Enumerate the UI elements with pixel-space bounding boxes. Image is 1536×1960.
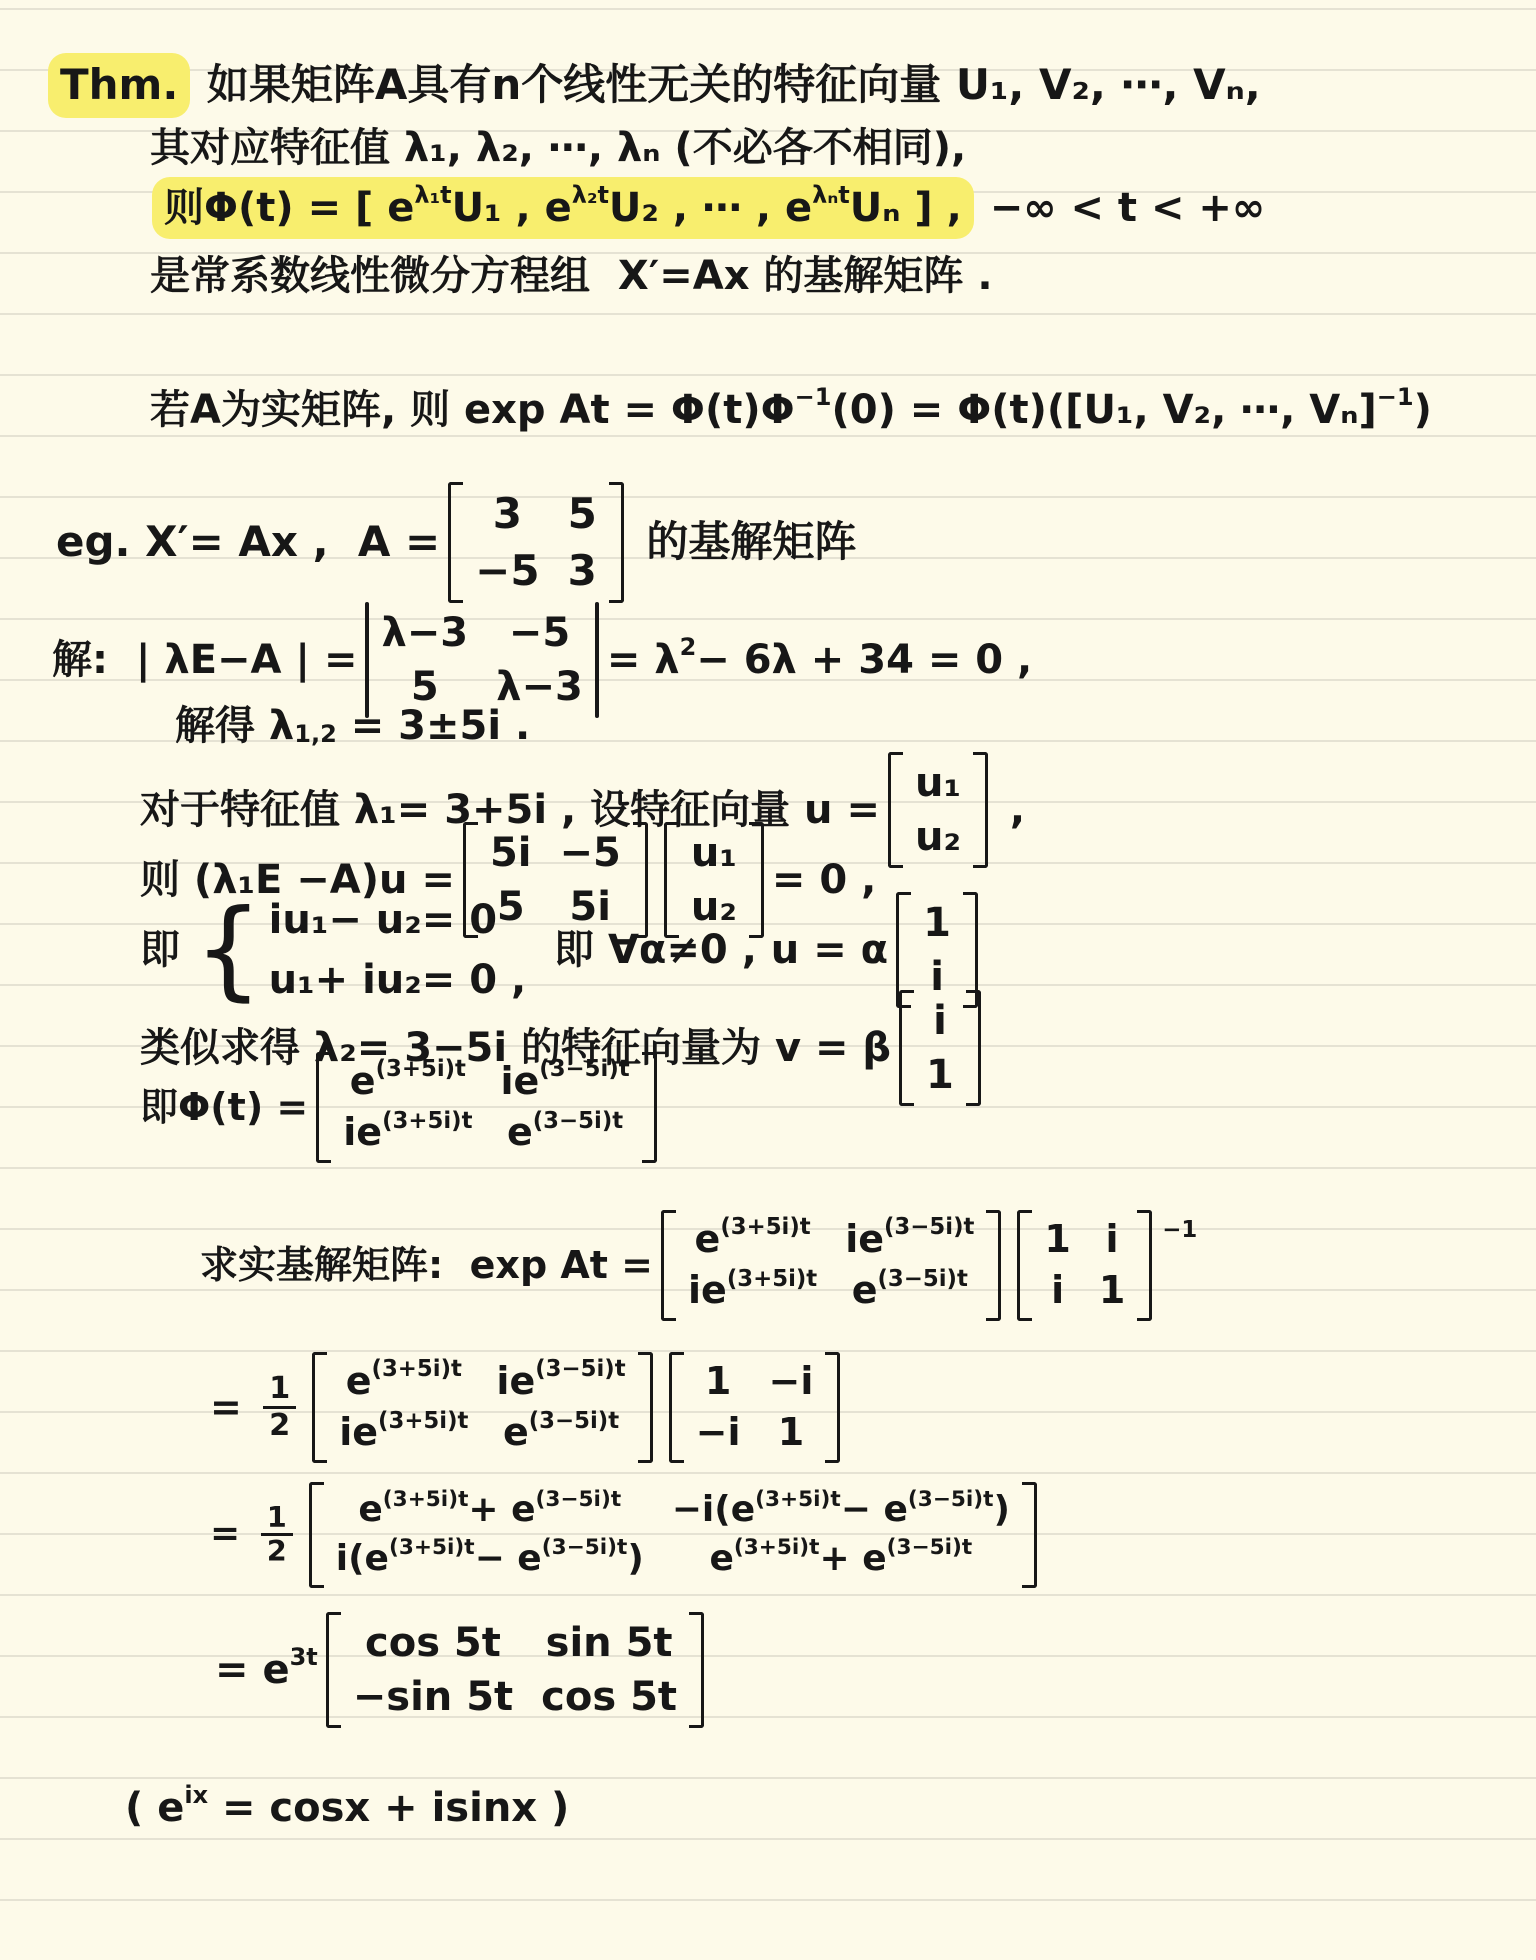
text-run: e [503,1408,529,1457]
fraction: 12 [261,1502,293,1568]
matrix-grid: e(3+5i)tie(3−5i)tie(3+5i)te(3−5i)t [327,1352,637,1463]
matrix-bracket-right [825,1352,840,1463]
matrix-cell: ie(3−5i)t [845,1215,974,1264]
text-run: e [346,1357,372,1406]
text-run: ie [343,1108,382,1157]
matrix-cell: ie(3−5i)t [496,1357,625,1406]
matrix-bracket-right [609,482,624,603]
superscript: (3−5i)t [878,1265,968,1295]
superscript: (3+5i)t [378,1407,468,1437]
superscript: (3−5i)t [536,1486,622,1514]
superscript: (3−5i)t [529,1407,619,1437]
matrix: i1 [899,990,981,1106]
note-line: 若A为实矩阵, 则 exp At = Φ(t)Φ−1(0) = Φ(t)([U₁… [150,384,1432,436]
text-run: −5 [475,544,539,599]
superscript: (3−5i)t [887,1534,973,1562]
matrix-cell: λ−3 [381,607,468,659]
matrix: cos 5tsin 5t−sin 5tcos 5t [326,1612,704,1728]
text-run: 3 [493,487,522,542]
text-run: , [996,784,1025,836]
matrix-cell: 1 [768,1408,813,1457]
text-run: −i [768,1357,813,1406]
text-run: 1 [926,1049,954,1101]
text-run: i [1051,1266,1064,1315]
matrix-bracket-left [312,1352,327,1463]
matrix-cell: 1 [923,897,951,949]
text-run: 1 [1099,1266,1125,1315]
matrix-cell: e(3+5i)t [343,1057,472,1106]
note-line: ( eix = cosx + isinx ) [125,1782,569,1834]
note-line: Thm. 如果矩阵A具有n个线性无关的特征向量 U₁, V₂, ⋯, Vₙ, [46,58,1261,113]
determinant-bar-right [595,602,599,718]
text-run: −5 [509,607,570,659]
matrix: e(3+5i)tie(3−5i)tie(3+5i)te(3−5i)t [316,1052,656,1163]
matrix-bracket-right [966,990,981,1106]
text-run: ie [845,1215,884,1264]
text-run: iu₁− u₂= 0 [269,894,497,946]
text-run: (0) = Φ(t)([U₁, V₂, ⋯, Vₙ] [831,384,1376,436]
text-run: cos 5t [365,1617,501,1669]
text-run: − e [841,1487,908,1534]
text-run: ie [339,1408,378,1457]
text-run: + e [468,1487,535,1534]
text-run: = e [215,1644,290,1696]
text-run: = λ [607,634,680,686]
matrix-cell: u₁ [915,757,961,809]
matrix-cell: −sin 5t [353,1671,513,1723]
text-run: i [1106,1215,1119,1264]
matrix-inverse-exponent: −1 [1162,1216,1197,1246]
fraction-denominator: 2 [261,1536,293,1568]
superscript: −1 [795,382,832,413]
note-line: 则Φ(t) = [ eλ₁tU₁ , eλ₂tU₂ , ⋯ , eλₙtUₙ ]… [150,182,1265,234]
superscript: (3−5i)t [535,1355,625,1385]
matrix-grid: e(3+5i)tie(3−5i)tie(3+5i)te(3−5i)t [676,1210,986,1321]
matrix-cell: i [1044,1266,1070,1315]
matrix-grid: 1ii1 [1032,1210,1137,1321]
text-run: = [210,1511,253,1558]
text-run: U₂ , ⋯ , e [609,182,812,234]
fraction-numerator: 1 [261,1502,293,1537]
matrix-bracket-right [986,1210,1001,1321]
text-run: ie [688,1266,727,1315]
matrix-cell: 1 [1044,1215,1070,1264]
matrix-grid: e(3+5i)t+ e(3−5i)t−i(e(3+5i)t− e(3−5i)t)… [324,1482,1022,1588]
superscript: (3+5i)t [727,1265,817,1295]
text-run: − 6λ + 34 = 0 , [696,634,1032,686]
matrix-cell: i [1099,1215,1125,1264]
matrix-cell: ie(3+5i)t [343,1108,472,1157]
matrix-cell: i(e(3+5i)t− e(3−5i)t) [336,1536,644,1583]
text-run: 即Φ(t) = [140,1083,308,1132]
text-run: Thm. [60,58,178,113]
text-run: 1 [778,1408,804,1457]
matrix-cell: 5 [568,487,597,542]
matrix-grid: i1 [914,990,966,1106]
subscript: 1,2 [294,719,337,750]
matrix-cell: cos 5t [541,1671,677,1723]
superscript: 2 [680,632,697,663]
superscript: (3+5i)t [383,1486,469,1514]
text-run: 即 ∀α≠0 , u = α [526,924,888,976]
text-run: 3 [568,544,597,599]
text-run: ( e [125,1782,184,1834]
matrix-cell: −5 [560,827,621,879]
matrix: 35−53 [448,482,624,603]
text-run: cos 5t [541,1671,677,1723]
text-run: −5 [560,827,621,879]
text-run: ) [1414,384,1432,436]
superscript: (3+5i)t [372,1355,462,1385]
notebook-page: Thm. 如果矩阵A具有n个线性无关的特征向量 U₁, V₂, ⋯, Vₙ,其对… [0,0,1536,1960]
note-line: = e3tcos 5tsin 5t−sin 5tcos 5t [215,1612,712,1728]
matrix-bracket-left [669,1352,684,1463]
matrix-cell: −i(e(3+5i)t− e(3−5i)t) [672,1487,1010,1534]
superscript: −1 [1377,382,1414,413]
matrix-grid: 35−53 [463,482,609,603]
text-run: U₁ , e [452,182,572,234]
matrix-cell: −i [768,1357,813,1406]
matrix-cell: −5 [475,544,539,599]
text-run: e [358,1487,382,1534]
note-line: 是常系数线性微分方程组 X′=Ax 的基解矩阵 . [150,250,993,302]
matrix-cell: sin 5t [541,1617,677,1669]
text-run: ie [500,1057,539,1106]
matrix-cell: 3 [568,544,597,599]
text-run: = 3±5i . [337,700,530,752]
matrix-bracket-left [899,990,914,1106]
text-run: 1 [705,1357,731,1406]
text-run: 解得 λ [175,700,294,752]
matrix-bracket-right [642,1052,657,1163]
matrix-cell: 5i [490,827,532,879]
matrix-grid: u₁u₂ [903,752,973,868]
matrix-grid: 1−i−i1 [684,1352,826,1463]
text-run: e [709,1536,733,1583]
matrix-cell: e(3−5i)t [845,1266,974,1315]
note-line: 其对应特征值 λ₁, λ₂, ⋯, λₙ (不必各不相同), [150,122,966,174]
superscript: λₙt [812,180,850,211]
superscript: (3+5i)t [720,1213,810,1243]
text-run: 5i [490,827,532,879]
text-run: u₁ [915,757,961,809]
matrix-bracket-left [326,1612,341,1728]
matrix: e(3+5i)tie(3−5i)tie(3+5i)te(3−5i)t [312,1352,652,1463]
superscript: (3−5i)t [908,1486,994,1514]
superscript: λ₂t [572,180,609,211]
matrix-bracket-right [638,1352,653,1463]
matrix-cell: ie(3−5i)t [500,1057,629,1106]
matrix-cell: −i [696,1408,741,1457]
text-run: Uₙ ] , [850,182,962,234]
superscript: (3−5i)t [884,1213,974,1243]
text-run: 则Φ(t) = [ e [164,182,414,234]
text-run: e [350,1057,376,1106]
matrix-bracket-right [973,752,988,868]
fraction-numerator: 1 [263,1372,296,1408]
matrix-cell: e(3+5i)t+ e(3−5i)t [672,1536,1010,1583]
matrix-bracket-right [1022,1482,1037,1588]
text-run: sin 5t [546,1617,673,1669]
matrix-cell: e(3+5i)t+ e(3−5i)t [336,1487,644,1534]
matrix-cell: u₂ [915,811,961,863]
matrix-cell: e(3+5i)t [339,1357,468,1406]
matrix-bracket-left [309,1482,324,1588]
matrix-bracket-left [1017,1210,1032,1321]
matrix-cell: ie(3+5i)t [688,1266,817,1315]
matrix-cell: 1 [696,1357,741,1406]
text-run: 求实基解矩阵: exp At = [200,1241,653,1290]
text-run: 1 [1044,1215,1070,1264]
text-run: u₁ [691,827,737,879]
cases-row: iu₁− u₂= 0 [269,894,497,946]
superscript: (3−5i)t [533,1107,623,1137]
text-run: = [210,1383,255,1432]
matrix-cell: e(3+5i)t [688,1215,817,1264]
fraction-denominator: 2 [263,1409,296,1442]
text-run: 5 [568,487,597,542]
matrix-bracket-right [689,1612,704,1728]
text-run: i [933,995,947,1047]
matrix-cell: u₁ [691,827,737,879]
text-run: = cosx + isinx ) [208,1782,569,1834]
text-run: eg. X′= Ax , A = [56,515,440,570]
matrix-cell: e(3−5i)t [496,1408,625,1457]
matrix-bracket-left [316,1052,331,1163]
text-run: 如果矩阵A具有n个线性无关的特征向量 U₁, V₂, ⋯, Vₙ, [192,58,1260,113]
matrix-cell: i [926,995,954,1047]
superscript: (3+5i)t [734,1534,820,1562]
matrix-cell: ie(3+5i)t [339,1408,468,1457]
text-run: 其对应特征值 λ₁, λ₂, ⋯, λₙ (不必各不相同), [150,122,966,174]
text-run: 的基解矩阵 [632,515,857,570]
matrix-cell: 3 [475,487,539,542]
superscript: ix [184,1780,208,1811]
note-line: 求实基解矩阵: exp At =e(3+5i)tie(3−5i)tie(3+5i… [200,1210,1197,1321]
matrix-bracket-left [888,752,903,868]
text-run: 若A为实矩阵, 则 exp At = Φ(t)Φ [150,384,795,436]
highlight-marker: 则Φ(t) = [ eλ₁tU₁ , eλ₂tU₂ , ⋯ , eλₙtUₙ ]… [152,177,974,239]
superscript: (3+5i)t [755,1486,841,1514]
text-run: e [695,1215,721,1264]
superscript: (3−5i)t [542,1534,628,1562]
superscript: (3+5i)t [389,1534,475,1562]
matrix: e(3+5i)t+ e(3−5i)t−i(e(3+5i)t− e(3−5i)t)… [309,1482,1037,1588]
superscript: λ₁t [414,180,451,211]
text-run: e [507,1108,533,1157]
superscript: 3t [290,1642,318,1673]
superscript: (3−5i)t [539,1055,629,1085]
superscript: (3+5i)t [382,1107,472,1137]
matrix-grid: cos 5tsin 5t−sin 5tcos 5t [341,1612,689,1728]
text-run: 是常系数线性微分方程组 X′=Ax 的基解矩阵 . [150,250,993,302]
matrix-bracket-right [1137,1210,1152,1321]
text-run: −i(e [672,1487,755,1534]
note-line: 解得 λ1,2 = 3±5i . [175,700,530,752]
text-run: + e [820,1536,887,1583]
fraction: 12 [263,1372,296,1442]
matrix-cell: −5 [496,607,583,659]
text-run: −∞ < t < +∞ [976,182,1265,234]
text-run: u₂ [915,811,961,863]
text-run: 1 [923,897,951,949]
matrix-cell: 1 [1099,1266,1125,1315]
text-run: −sin 5t [353,1671,513,1723]
text-run: i(e [336,1536,389,1583]
note-line: = 12e(3+5i)tie(3−5i)tie(3+5i)te(3−5i)t1−… [210,1352,848,1463]
matrix-grid: e(3+5i)tie(3−5i)tie(3+5i)te(3−5i)t [331,1052,641,1163]
matrix: 1ii1 [1017,1210,1152,1321]
matrix-cell: e(3−5i)t [500,1108,629,1157]
matrix: u₁u₂ [888,752,988,868]
matrix-cell: 1 [926,1049,954,1101]
text-run: e [852,1266,878,1315]
text-run: 即 [140,924,194,976]
text-run: −i [696,1408,741,1457]
text-run: ie [496,1357,535,1406]
note-line: = 12e(3+5i)t+ e(3−5i)t−i(e(3+5i)t− e(3−5… [210,1482,1045,1588]
matrix: e(3+5i)tie(3−5i)tie(3+5i)te(3−5i)t [661,1210,1001,1321]
matrix: 1−i−i1 [669,1352,841,1463]
matrix-cell: cos 5t [353,1617,513,1669]
superscript: (3+5i)t [376,1055,466,1085]
matrix-bracket-left [661,1210,676,1321]
text-run: λ−3 [381,607,468,659]
text-run: 解: | λE−A | = [52,634,357,686]
matrix-bracket-left [448,482,463,603]
text-run: − e [475,1536,542,1583]
cases-brace: { [194,904,263,996]
note-line: 即Φ(t) =e(3+5i)tie(3−5i)tie(3+5i)te(3−5i)… [140,1052,665,1163]
highlight-marker: Thm. [48,53,190,118]
text-run: ) [627,1536,643,1583]
note-line: eg. X′= Ax , A =35−53 的基解矩阵 [56,482,856,603]
text-run: ) [993,1487,1009,1534]
